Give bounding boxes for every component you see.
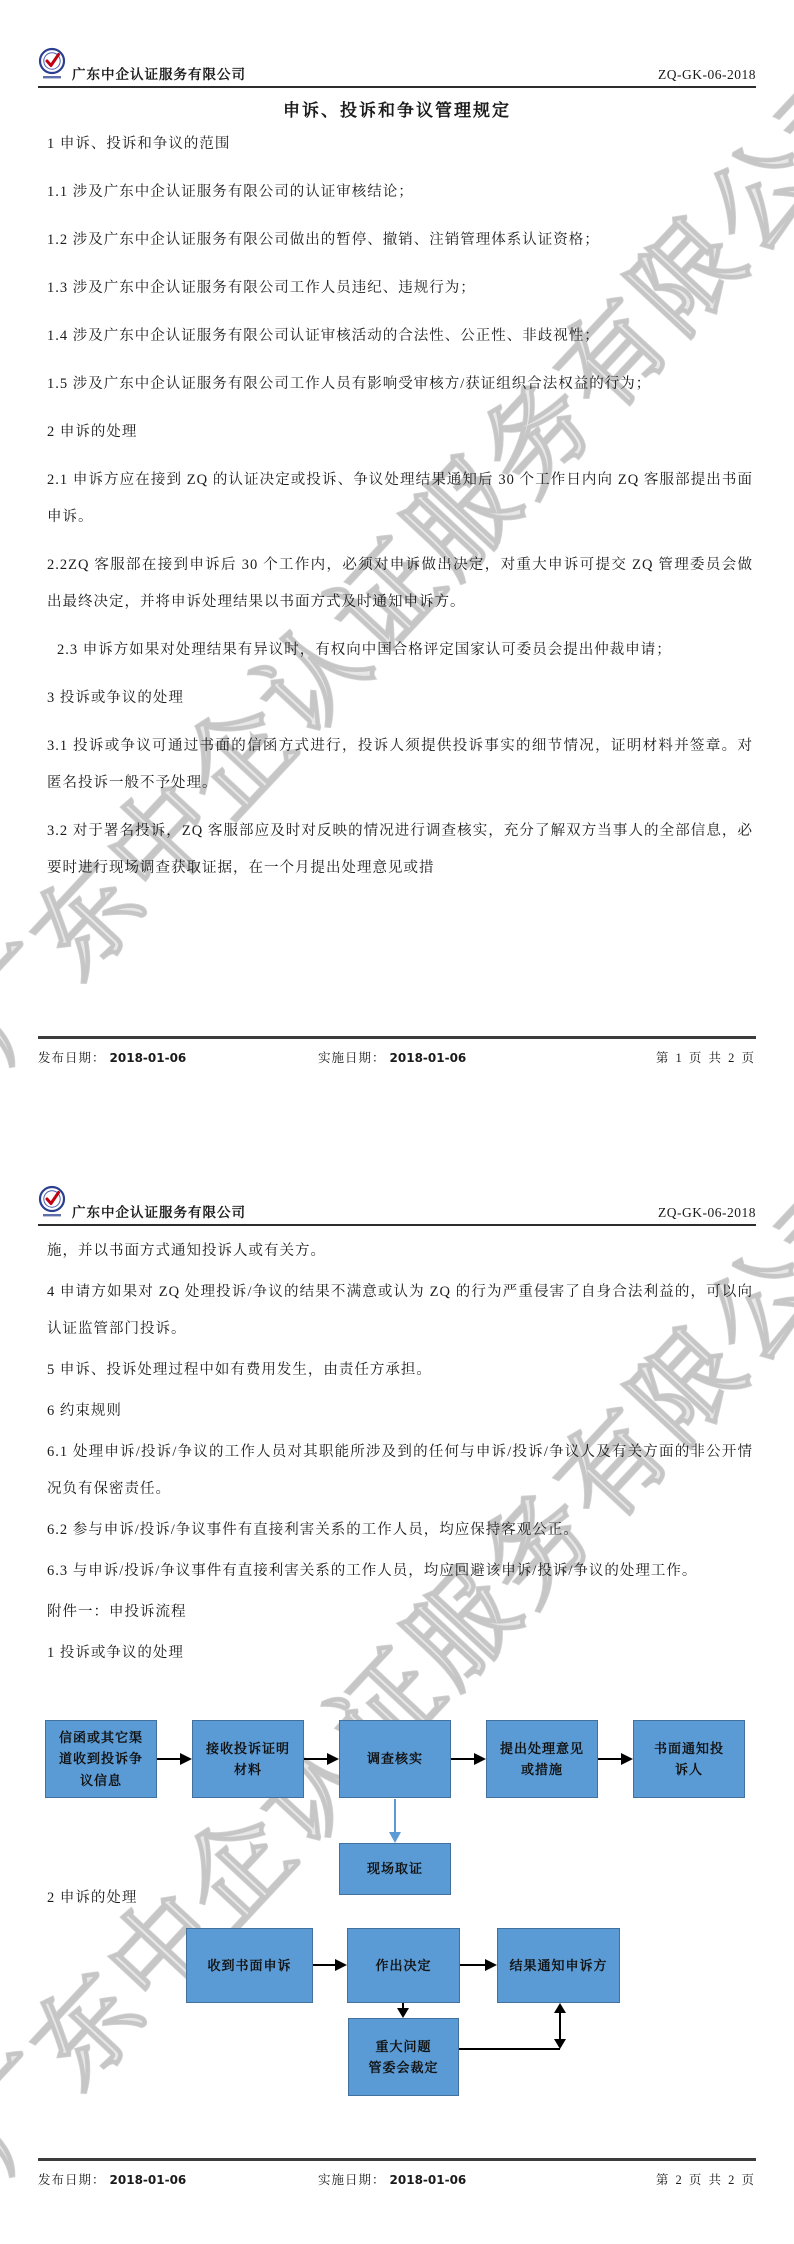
paragraph: 2.3 申诉方如果对处理结果有异议时，有权向中国合格评定国家认可委员会提出仲裁申… <box>47 632 753 669</box>
paragraph: 3.2 对于署名投诉，ZQ 客服部应及时对反映的情况进行调查核实，充分了解双方当… <box>47 813 753 887</box>
flowchart-box-receive-channel: 信函或其它渠 道收到投诉争 议信息 <box>45 1720 157 1798</box>
page1-header: 广东中企认证服务有限公司 ZQ-GK-06-2018 <box>38 46 756 88</box>
paragraph: 1.2 涉及广东中企认证服务有限公司做出的暂停、撤销、注销管理体系认证资格； <box>47 222 753 259</box>
certification-badge-icon <box>38 1185 66 1221</box>
paragraph: 2.2ZQ 客服部在接到申诉后 30 个工作内，必须对申诉做出决定，对重大申诉可… <box>47 547 753 621</box>
flowchart-box-written-appeal: 收到书面申诉 <box>186 1928 313 2003</box>
doc-number: ZQ-GK-06-2018 <box>658 67 756 83</box>
doc-title: 申诉、投诉和争议管理规定 <box>0 96 794 121</box>
paragraph: 6 约束规则 <box>47 1393 753 1430</box>
page-number: 第 2 页 共 2 页 <box>656 2170 756 2188</box>
company-name: 广东中企认证服务有限公司 <box>72 1201 246 1221</box>
page1-body: 1 申诉、投诉和争议的范围 1.1 涉及广东中企认证服务有限公司的认证审核结论；… <box>47 126 753 898</box>
page-number: 第 1 页 共 2 页 <box>656 1048 756 1066</box>
company-name: 广东中企认证服务有限公司 <box>72 63 246 83</box>
implement-date-label: 实施日期： <box>318 2170 386 2188</box>
page2-header: 广东中企认证服务有限公司 ZQ-GK-06-2018 <box>38 1184 756 1226</box>
paragraph: 1.1 涉及广东中企认证服务有限公司的认证审核结论； <box>47 174 753 211</box>
paragraph: 6.3 与申诉/投诉/争议事件有直接利害关系的工作人员，均应回避该申诉/投诉/争… <box>47 1553 753 1590</box>
paragraph: 3 投诉或争议的处理 <box>47 680 753 717</box>
flowchart-box-propose-measures: 提出处理意见 或措施 <box>486 1720 598 1798</box>
flow1-title: 1 投诉或争议的处理 <box>47 1635 753 1672</box>
page2-footer: 发布日期： 2018-01-06 实施日期： 2018-01-06 第 2 页 … <box>38 2158 756 2188</box>
paragraph: 2 申诉的处理 <box>47 414 753 451</box>
page2-body: 施，并以书面方式通知投诉人或有关方。 4 申请方如果对 ZQ 处理投诉/争议的结… <box>47 1233 753 1676</box>
paragraph: 1.4 涉及广东中企认证服务有限公司认证审核活动的合法性、公正性、非歧视性； <box>47 318 753 355</box>
publish-date-value: 2018-01-06 <box>110 1051 187 1065</box>
publish-date-label: 发布日期： <box>38 1048 106 1066</box>
doc-number: ZQ-GK-06-2018 <box>658 1205 756 1221</box>
document-page: 广东中企认证服务有限公司 广东中企认证服务有限公司 广东中企认证服务有限公司 Z… <box>0 0 794 2244</box>
paragraph: 4 申请方如果对 ZQ 处理投诉/争议的结果不满意或认为 ZQ 的行为严重侵害了… <box>47 1274 753 1348</box>
flowchart-box-major-issue-ruling: 重大问题 管委会裁定 <box>348 2018 459 2096</box>
paragraph: 5 申诉、投诉处理过程中如有费用发生，由责任方承担。 <box>47 1352 753 1389</box>
flowchart-box-receive-evidence: 接收投诉证明 材料 <box>192 1720 304 1798</box>
publish-date-value: 2018-01-06 <box>110 2173 187 2187</box>
flow2-title: 2 申诉的处理 <box>47 1886 137 1907</box>
paragraph: 2.1 申诉方应在接到 ZQ 的认证决定或投诉、争议处理结果通知后 30 个工作… <box>47 462 753 536</box>
attachment-title: 附件一：申投诉流程 <box>47 1594 753 1631</box>
implement-date-value: 2018-01-06 <box>390 2173 467 2187</box>
implement-date-label: 实施日期： <box>318 1048 386 1066</box>
paragraph: 3.1 投诉或争议可通过书面的信函方式进行，投诉人须提供投诉事实的细节情况，证明… <box>47 728 753 802</box>
implement-date-value: 2018-01-06 <box>390 1051 467 1065</box>
paragraph: 6.2 参与申诉/投诉/争议事件有直接利害关系的工作人员，均应保持客观公正。 <box>47 1512 753 1549</box>
flowchart-box-notify-complainant: 书面通知投 诉人 <box>633 1720 745 1798</box>
flowchart-box-notify-appellant: 结果通知申诉方 <box>497 1928 620 2003</box>
paragraph: 1.3 涉及广东中企认证服务有限公司工作人员违纪、违规行为； <box>47 270 753 307</box>
publish-date-label: 发布日期： <box>38 2170 106 2188</box>
flowchart-box-investigate: 调查核实 <box>339 1720 451 1798</box>
paragraph: 1 申诉、投诉和争议的范围 <box>47 126 753 163</box>
flowchart-box-make-decision: 作出决定 <box>347 1928 460 2003</box>
paragraph: 施，并以书面方式通知投诉人或有关方。 <box>47 1233 753 1270</box>
page1-footer: 发布日期： 2018-01-06 实施日期： 2018-01-06 第 1 页 … <box>38 1036 756 1066</box>
paragraph: 6.1 处理申诉/投诉/争议的工作人员对其职能所涉及到的任何与申诉/投诉/争议人… <box>47 1434 753 1508</box>
certification-badge-icon <box>38 47 66 83</box>
paragraph: 1.5 涉及广东中企认证服务有限公司工作人员有影响受审核方/获证组织合法权益的行… <box>47 366 753 403</box>
flowchart-box-onsite-evidence: 现场取证 <box>339 1843 451 1895</box>
